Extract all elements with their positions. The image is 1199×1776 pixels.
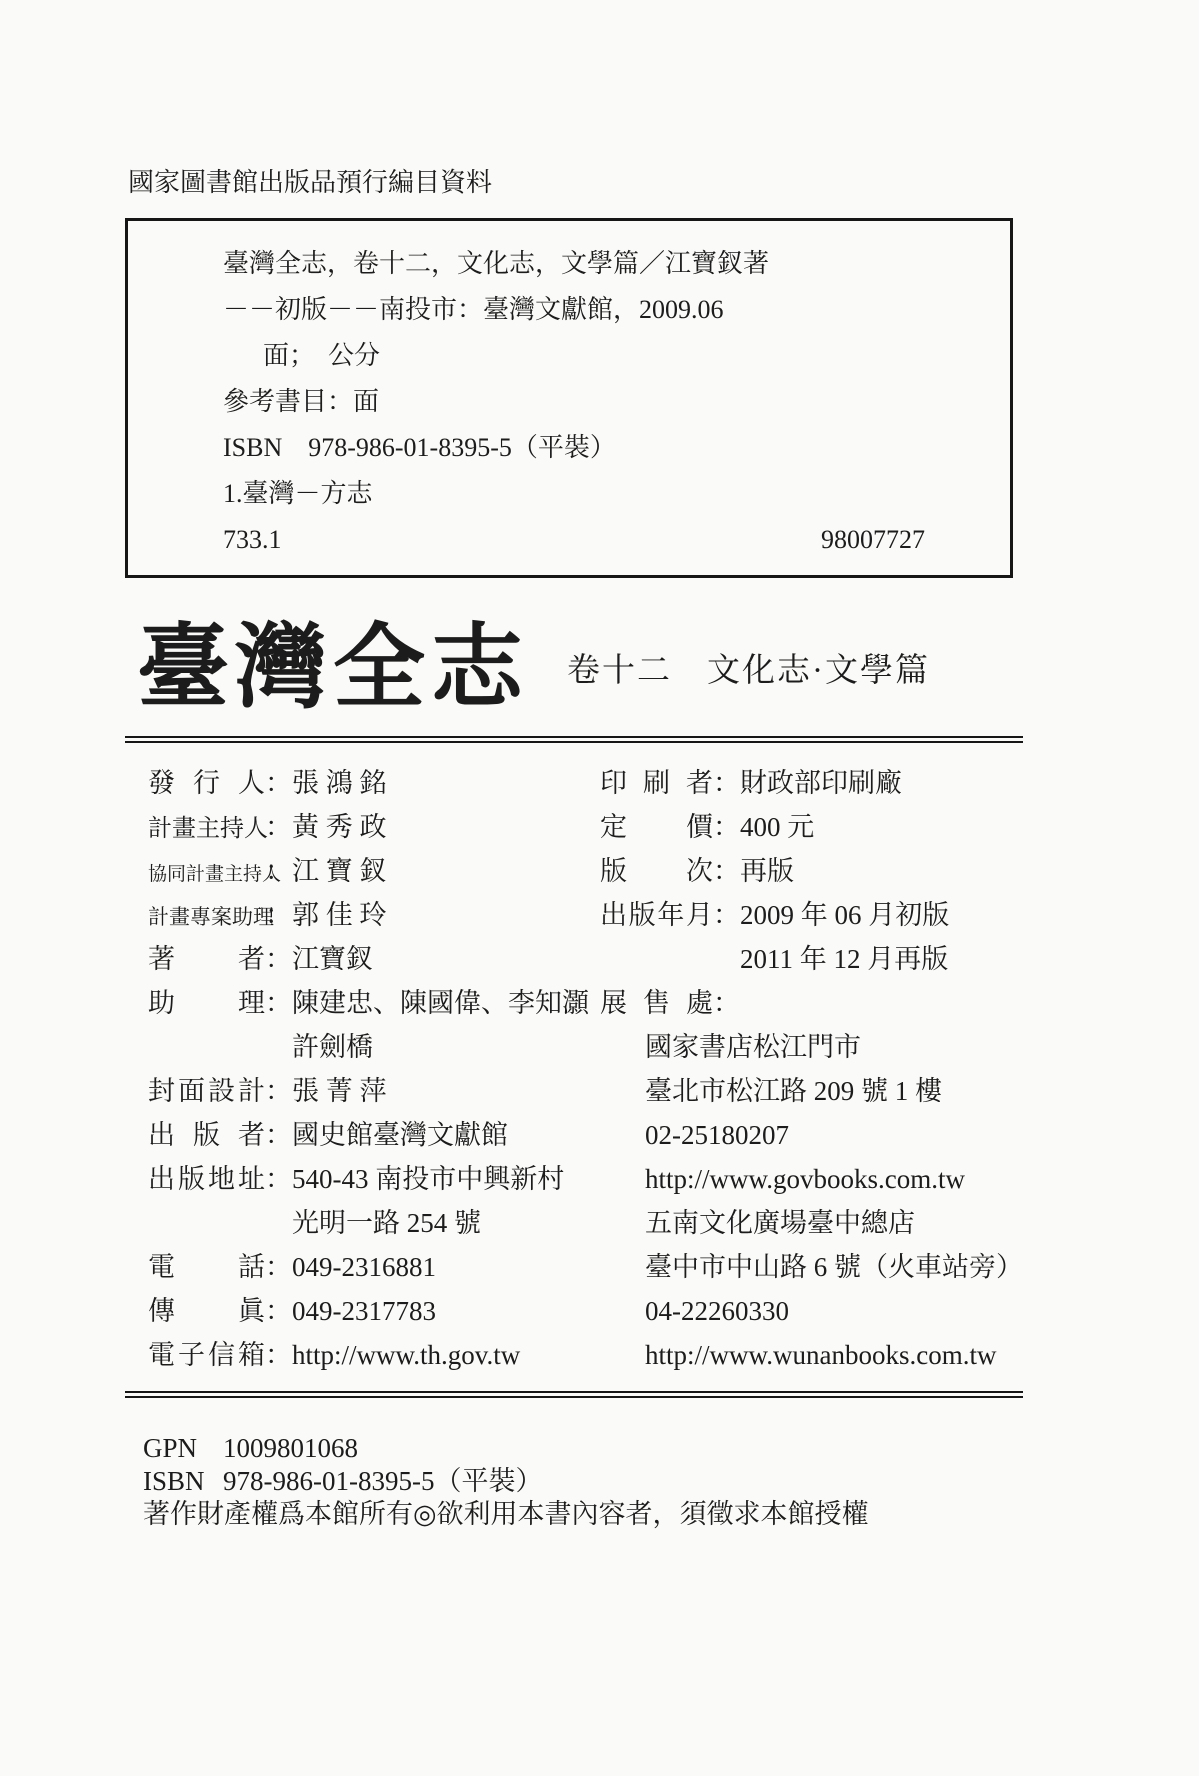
field-label: 助理 [148, 981, 265, 1025]
field-value: 郭 佳 玲 [292, 900, 387, 930]
field-colon: ： [265, 805, 292, 849]
publication-info-right-column: 印刷者：財政部印刷廠 定價：400 元 版次：再版 出版年月：2009 年 06… [600, 761, 1023, 1377]
field-value: 江寶釵 [292, 944, 373, 974]
info-row-project-assistant: 計畫專案助理：郭 佳 玲 [148, 893, 600, 937]
field-value: 國史館臺灣文獻館 [292, 1120, 508, 1150]
field-value: 黃 秀 政 [292, 812, 387, 842]
gpn-value: 1009801068 [223, 1433, 358, 1463]
info-row-co-director: 協同計畫主持人：江 寶 釵 [148, 849, 600, 893]
field-colon: ： [265, 1113, 292, 1157]
info-row-email: 電子信箱：http://www.th.gov.tw [148, 1333, 600, 1377]
field-value: 江 寶 釵 [292, 856, 387, 886]
separator-rule-bottom [125, 1391, 1023, 1398]
gpn-row: GPN1009801068 [143, 1432, 1023, 1465]
info-row-publisher-address: 出版地址：540-43 南投市中興新村 [148, 1157, 600, 1201]
field-colon: ： [265, 1069, 292, 1113]
publication-info: 發行人：張 鴻 銘 計畫主持人：黃 秀 政 協同計畫主持人：江 寶 釵 計畫專案… [125, 761, 1023, 1377]
field-colon: ： [713, 981, 740, 1025]
info-row-fax: 傳眞：049-2317783 [148, 1289, 600, 1333]
field-colon: ： [713, 805, 740, 849]
copyright-notice: 著作財產權爲本館所有◎欲利用本書內容者，須徵求本館授權 [143, 1498, 1023, 1531]
info-row-telephone: 電話：049-2316881 [148, 1245, 600, 1289]
info-row-sales-outlets: 展售處： [600, 981, 1023, 1025]
field-value: 臺中市中山路 6 號（火車站旁） [645, 1252, 1023, 1282]
field-label: 傳眞 [148, 1289, 265, 1333]
info-row-printer: 印刷者：財政部印刷廠 [600, 761, 1023, 805]
cip-title-line: 臺灣全志，卷十二，文化志，文學篇／江寶釵著 [223, 241, 925, 287]
field-label: 協同計畫主持人 [148, 853, 265, 897]
field-value: 財政部印刷廠 [740, 768, 902, 798]
field-colon: ： [265, 1157, 292, 1201]
title-block: 臺灣全志 卷十二 文化志·文學篇 [125, 598, 1023, 736]
separator-rule-top [125, 736, 1023, 743]
field-label: 版次 [600, 849, 713, 893]
info-row-edition: 版次：再版 [600, 849, 1023, 893]
field-value: 再版 [740, 856, 794, 886]
field-colon: ： [265, 1333, 292, 1377]
gpn-label: GPN [143, 1432, 223, 1465]
cip-bibliography-line: 參考書目：面 [223, 379, 925, 425]
field-label: 定價 [600, 805, 713, 849]
info-row-cover-design: 封面設計：張 菁 萍 [148, 1069, 600, 1113]
field-value: 2011 年 12 月再版 [740, 944, 948, 974]
field-label: 電子信箱 [148, 1333, 265, 1377]
isbn-value: 978-986-01-8395-5（平裝） [223, 1466, 542, 1496]
field-value: 049-2316881 [292, 1252, 436, 1282]
info-row-outlet-address-1: 臺北市松江路 209 號 1 樓 [600, 1069, 1023, 1113]
field-value: 張 菁 萍 [292, 1076, 387, 1106]
info-row-assistants: 助理：陳建忠、陳國偉、李知灝 [148, 981, 600, 1025]
info-row-outlet-phone-1: 02-25180207 [600, 1113, 1023, 1157]
cip-bottom-row: 733.1 98007727 [223, 517, 925, 563]
info-row-publisher-person: 發行人：張 鴻 銘 [148, 761, 600, 805]
info-row-project-director: 計畫主持人：黃 秀 政 [148, 805, 600, 849]
field-colon: ： [265, 1289, 292, 1333]
field-value: 2009 年 06 月初版 [740, 900, 949, 930]
cip-header: 國家圖書館出版品預行編目資料 [128, 170, 1023, 196]
info-row-outlet-address-2: 臺中市中山路 6 號（火車站旁） [600, 1245, 1023, 1289]
info-row-publisher-org: 出版者：國史館臺灣文獻館 [148, 1113, 600, 1157]
field-value: 陳建忠、陳國偉、李知灝 [292, 988, 589, 1018]
field-value: http://www.govbooks.com.tw [645, 1164, 965, 1194]
field-colon: ： [713, 893, 740, 937]
field-label: 電話 [148, 1245, 265, 1289]
cip-class-number: 733.1 [223, 517, 282, 563]
field-colon: ： [265, 761, 292, 805]
isbn-row: ISBN978-986-01-8395-5（平裝） [143, 1465, 1023, 1498]
colophon-page: 國家圖書館出版品預行編目資料 臺灣全志，卷十二，文化志，文學篇／江寶釵著 －－初… [0, 0, 1199, 1776]
field-colon: ： [265, 981, 292, 1025]
field-value: 五南文化廣場臺中總店 [645, 1208, 915, 1238]
field-label: 計畫專案助理 [148, 895, 265, 939]
field-colon: ： [713, 849, 740, 893]
cip-record-number: 98007727 [821, 517, 925, 563]
field-label: 展售處 [600, 981, 713, 1025]
book-title-calligraphy: 臺灣全志 [137, 621, 529, 713]
field-value: 臺北市松江路 209 號 1 樓 [645, 1076, 942, 1106]
info-row-author: 著者：江寶釵 [148, 937, 600, 981]
field-label: 出版者 [148, 1113, 265, 1157]
info-row-outlet-url-2: http://www.wunanbooks.com.tw [600, 1333, 1023, 1377]
field-value: 國家書店松江門市 [645, 1032, 861, 1062]
footer-block: GPN1009801068 ISBN978-986-01-8395-5（平裝） … [143, 1432, 1023, 1531]
info-row-outlet-url-1: http://www.govbooks.com.tw [600, 1157, 1023, 1201]
field-colon: ： [265, 849, 292, 893]
field-colon: ： [713, 761, 740, 805]
info-row-publication-date: 出版年月：2009 年 06 月初版 [600, 893, 1023, 937]
field-label: 著者 [148, 937, 265, 981]
cip-isbn-line: ISBN 978-986-01-8395-5（平裝） [223, 425, 925, 471]
publication-info-left-column: 發行人：張 鴻 銘 計畫主持人：黃 秀 政 協同計畫主持人：江 寶 釵 計畫專案… [148, 761, 600, 1377]
cip-pages-line: 面； 公分 [263, 333, 925, 379]
cip-box: 臺灣全志，卷十二，文化志，文學篇／江寶釵著 －－初版－－南投市：臺灣文獻館，20… [125, 218, 1013, 578]
book-subtitle: 卷十二 文化志·文學篇 [567, 644, 930, 691]
info-row-outlet-name-2: 五南文化廣場臺中總店 [600, 1201, 1023, 1245]
field-label: 計畫主持人 [148, 807, 265, 851]
info-row-publication-date-cont: 2011 年 12 月再版 [600, 937, 1023, 981]
info-row-publisher-address-cont: 光明一路 254 號 [148, 1201, 600, 1245]
field-label: 印刷者 [600, 761, 713, 805]
field-colon: ： [265, 893, 292, 937]
isbn-label: ISBN [143, 1465, 223, 1498]
cip-subject-line: 1.臺灣－方志 [223, 471, 925, 517]
field-value: 04-22260330 [645, 1296, 789, 1326]
field-colon: ： [265, 1245, 292, 1289]
info-row-outlet-phone-2: 04-22260330 [600, 1289, 1023, 1333]
field-value: http://www.wunanbooks.com.tw [645, 1340, 996, 1370]
info-row-price: 定價：400 元 [600, 805, 1023, 849]
field-label: 出版地址 [148, 1157, 265, 1201]
field-value: 光明一路 254 號 [292, 1208, 481, 1238]
cip-edition-line: －－初版－－南投市：臺灣文獻館，2009.06 [223, 287, 925, 333]
field-colon: ： [265, 937, 292, 981]
info-row-outlet-name-1: 國家書店松江門市 [600, 1025, 1023, 1069]
field-value: http://www.th.gov.tw [292, 1340, 520, 1370]
field-value: 張 鴻 銘 [292, 768, 387, 798]
field-value: 02-25180207 [645, 1120, 789, 1150]
field-label: 封面設計 [148, 1069, 265, 1113]
info-row-assistants-cont: 許劍橋 [148, 1025, 600, 1069]
field-value: 400 元 [740, 812, 814, 842]
field-label: 發行人 [148, 761, 265, 805]
field-value: 許劍橋 [292, 1032, 373, 1062]
field-label: 出版年月 [600, 893, 713, 937]
field-value: 049-2317783 [292, 1296, 436, 1326]
field-value: 540-43 南投市中興新村 [292, 1164, 564, 1194]
